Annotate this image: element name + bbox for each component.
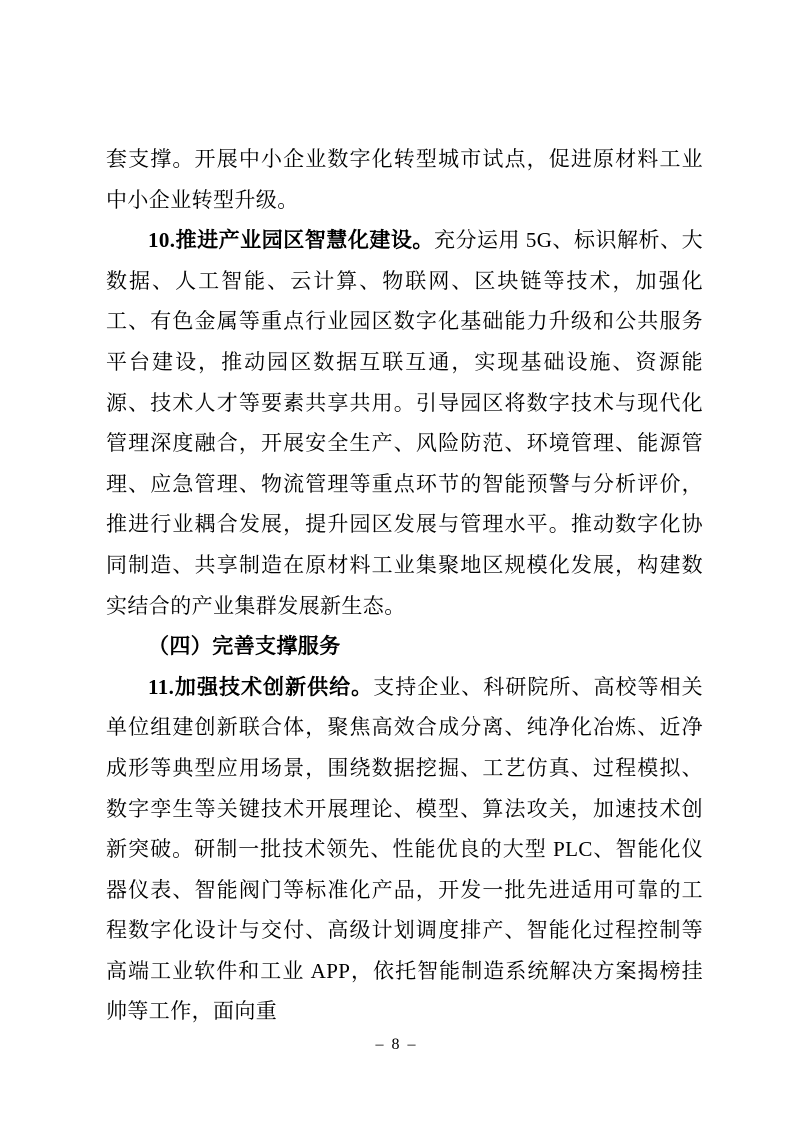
- item-11-text: 支持企业、科研院所、高校等相关单位组建创新联合体，聚焦高效合成分离、纯净化冶炼、…: [106, 675, 703, 1024]
- item-10-text: 充分运用 5G、标识解析、大数据、人工智能、云计算、物联网、区块链等技术，加强化…: [106, 228, 703, 617]
- section-4-heading: （四）完善支撑服务: [106, 626, 703, 667]
- paragraph-item-11: 11.加强技术创新供给。支持企业、科研院所、高校等相关单位组建创新联合体，聚焦高…: [106, 667, 703, 1032]
- page-number: – 8 –: [0, 1036, 793, 1054]
- item-10-heading: 10.推进产业园区智慧化建设。: [148, 228, 434, 252]
- item-11-heading: 11.加强技术创新供给。: [148, 675, 373, 699]
- paragraph-item-10: 10.推进产业园区智慧化建设。充分运用 5G、标识解析、大数据、人工智能、云计算…: [106, 220, 703, 626]
- document-body: 套支撑。开展中小企业数字化转型城市试点，促进原材料工业中小企业转型升级。 10.…: [106, 139, 703, 1032]
- document-page: 套支撑。开展中小企业数字化转型城市试点，促进原材料工业中小企业转型升级。 10.…: [0, 0, 793, 1122]
- paragraph-continuation: 套支撑。开展中小企业数字化转型城市试点，促进原材料工业中小企业转型升级。: [106, 139, 703, 220]
